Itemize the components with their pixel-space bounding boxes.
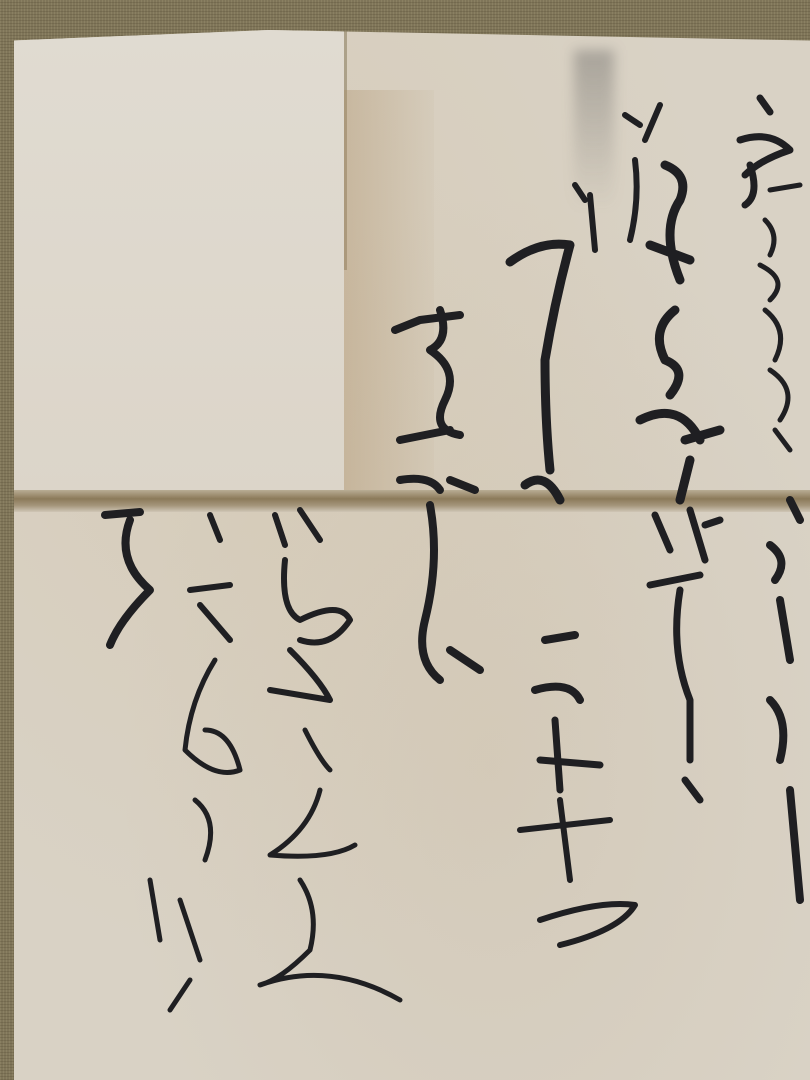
fabric-mount bbox=[0, 0, 810, 1080]
column-1 bbox=[740, 98, 800, 450]
column-7 bbox=[520, 635, 635, 945]
column-10 bbox=[150, 515, 240, 1010]
column-8 bbox=[422, 505, 480, 680]
column-5 bbox=[770, 500, 800, 900]
column-6 bbox=[650, 510, 720, 800]
column-3 bbox=[510, 185, 595, 500]
column-11 bbox=[105, 512, 150, 645]
column-9 bbox=[260, 510, 400, 1000]
column-4 bbox=[395, 310, 475, 490]
calligraphy-layer bbox=[0, 0, 810, 1080]
column-2 bbox=[625, 105, 720, 500]
